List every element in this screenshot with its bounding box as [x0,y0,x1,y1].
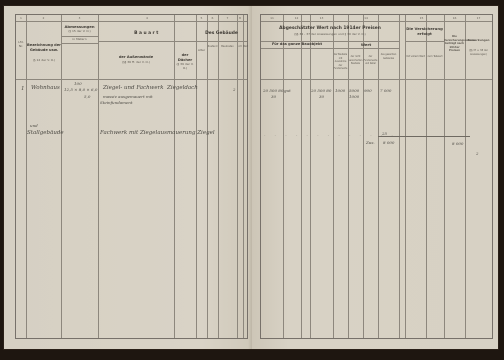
header-abgeschaetzter-wert: Abgeschätzter Wert nach 1914er Preisen [261,26,399,31]
entry-1-abmessungen-top: 100 [74,81,82,86]
column-number: 8 [237,16,243,20]
left-page-table: 1 2 3 4 5 6 7 8 Lfd. Nr. Bezeichnung der… [15,14,248,339]
total-underline [378,136,470,137]
column-number: 15 [399,16,444,20]
entry-1-bezeichnung: Wohnhaus [31,85,60,91]
header-wert-sub1: der Bauteile mit Ausnahme der Fundamente [333,53,348,71]
entry-1-wert-7: 7 000 [380,88,391,93]
entry-1-wert-3-sub: 30 [319,94,324,99]
column-number: 5 [196,16,207,20]
entry-1-abmessungen-second: 5,0 [84,94,90,99]
header-fuer-das-ganze: Für das ganze Bauobjekt [261,42,333,47]
column-number: 17 [465,16,492,20]
column-number: 13 [310,16,333,20]
entry-1-bauart-line2: massiv ausgemauert mit [103,94,153,99]
header-bemerkungen-ref: (§§ 37 u. 38 der Anweisungen) [465,49,492,56]
entry-2-versicherungssumme: 8 000 [452,141,463,146]
column-number: 12 [283,16,310,20]
header-bezeichnung-ref: (§ 12 der V. O.) [27,59,61,63]
entry-2-bemerkung-mark: 2 [476,151,479,156]
header-bemerkungen: Bemerkungen [465,39,492,43]
entry-2-total-value: 8 000 [383,140,394,145]
column-number: 1 [16,16,26,20]
column-number: 3 [61,16,98,20]
entry-1-wert-3: 20 500 80 [311,88,331,93]
header-abmessungen-ref: (§ 15 der V. O.) [61,30,98,34]
entry-2-total-label: Zus. [366,140,375,145]
entry-1-wert-1-sub: 30 [271,94,276,99]
entry-1-gebaeude-mark: 2 [233,87,236,92]
entry-1-wert-2: gut [284,88,291,93]
header-wert-sub3: der Fundamente und Keller [363,55,378,66]
entry-1-wert-4: 1000 [335,88,345,93]
column-number: 4 [98,16,196,20]
header-gebaeude: Des Gebäude [196,31,247,36]
header-bezeichnung: Bezeichnung der Gebäude usw. [27,43,61,52]
column-number: 11 [261,16,283,20]
right-page-table: 11 12 13 14 15 16 17 Abgeschätzter Wert … [260,14,493,339]
right-page: 11 12 13 14 15 16 17 Abgeschätzter Wert … [252,6,498,349]
left-page: 1 2 3 4 5 6 7 8 Lfd. Nr. Bezeichnung der… [4,6,252,349]
header-aussenwaende-ref: (§§ 36 ff. der V. O.) [100,61,172,65]
column-number: 2 [26,16,61,20]
header-gebaeude-alter: Alter [196,49,207,53]
entry-1-wert-5: 5000 [349,88,359,93]
entry-2-bezeichnung: Stallgebäude [27,130,64,136]
entry-1-nr: 1 [21,86,25,92]
ledger-spread: 1 2 3 4 5 6 7 8 Lfd. Nr. Bezeichnung der… [4,6,498,349]
header-bauart: Bauart [98,31,196,36]
entry-1-bauart-line3: Steinfundament [100,100,133,105]
header-wert: Wert [333,42,399,47]
column-number: 6 [207,16,218,20]
header-abmessungen-sub: in Metern [61,38,98,42]
column-number: 14 [333,16,399,20]
entry-1-wert-6: 900 [364,88,372,93]
header-wert-sub4: des gesamten Gebäudes [378,53,399,60]
header-wert-sub2: der nicht versicherten Bauteile [348,55,363,66]
header-abgeschaetzter-wert-ref: (§§ 34 - 37 der Anweisungen und § 30 der… [261,33,399,37]
header-versicherung: Die Versicherung erfolgt [405,26,444,36]
header-lfd-nr: Lfd. Nr. [16,41,26,48]
entry-1-wert-5-sub: 1000 [349,94,359,99]
entry-1-abmessungen: 12,5 × 8,0 × 6,0 [64,87,97,92]
header-gebaeude-zustand: Zustand [207,45,218,49]
entry-2-prefix: und [30,123,38,128]
entry-1-bauart-dach: Ziegeldach [167,85,198,91]
header-gebaeude-baukosten: Baukosten [218,45,237,49]
entry-1-bauart-line1: Ziegel- und Fachwerk [103,85,164,91]
header-versicherungssumme: Die Versicherungssumme beträgt nach 1914… [444,35,465,53]
entry-2-bauart: Fachwerk mit Ziegelausmauerung Ziegel [100,130,215,136]
header-versicherung-sub1: mit vollem Wert [405,55,426,59]
entry-1-wert-1: 20 500 80 [263,88,283,93]
entry-2-dashes: - - - - - - - - - - - - - [264,133,397,138]
column-number: 7 [218,16,237,20]
column-number: 16 [444,16,465,20]
header-daecher-ref: (§ 39 der V. O.) [174,63,196,70]
header-versicherung-sub2: zum Teilwert [426,55,444,59]
